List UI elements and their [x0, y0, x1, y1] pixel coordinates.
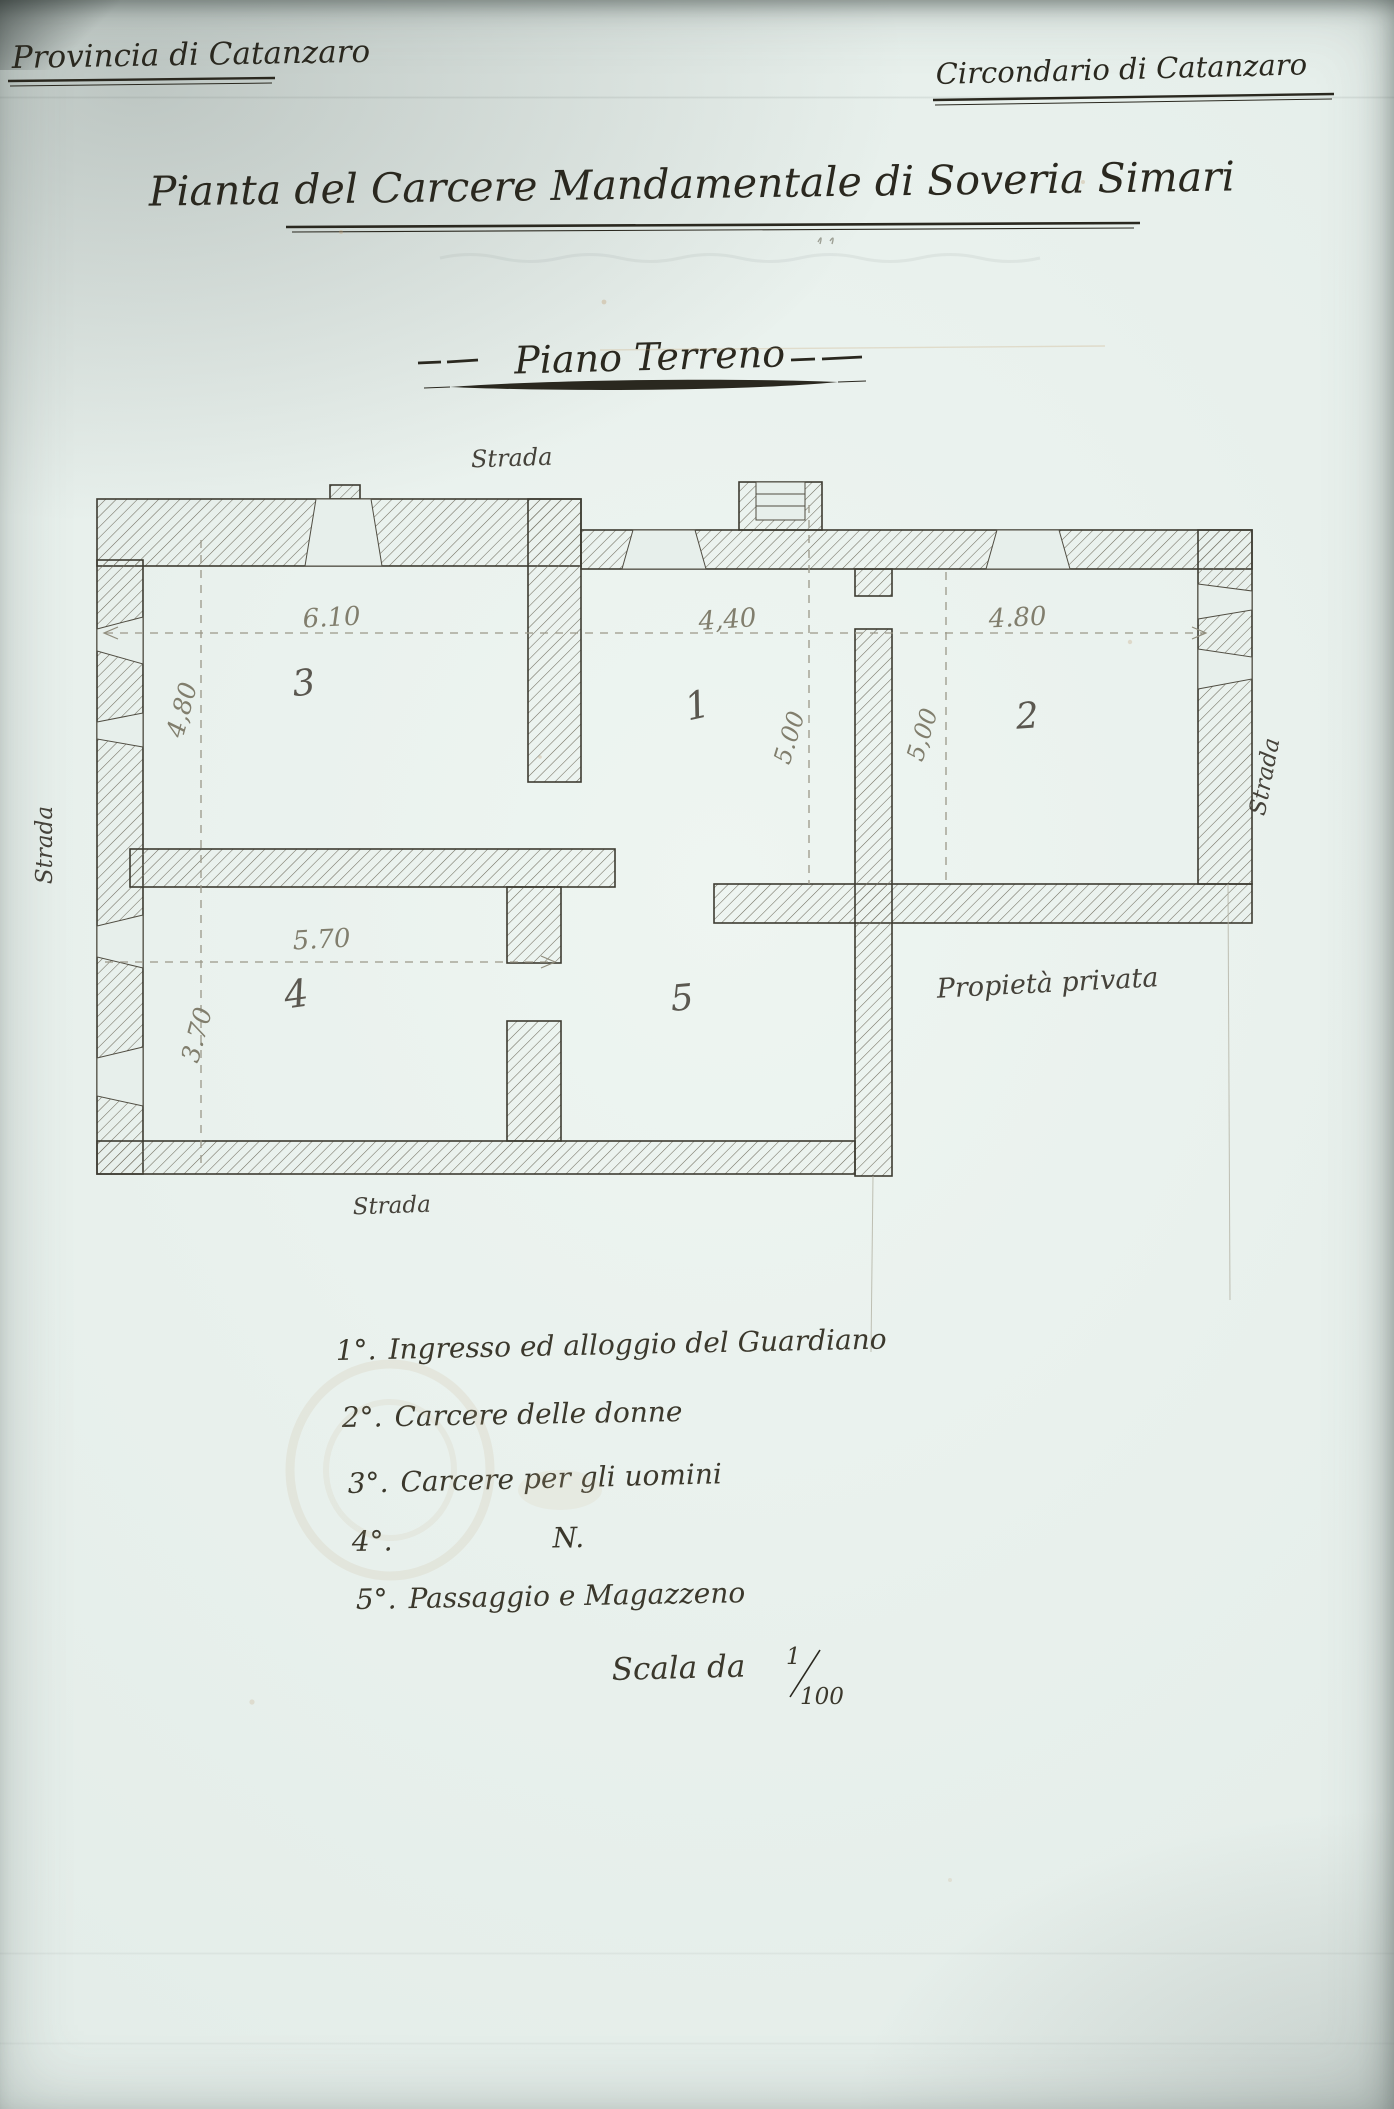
ghost-writing: [440, 255, 1040, 262]
legend-text-5: Passaggio e Magazzeno: [407, 1576, 745, 1615]
wall-room3-room1-divider: [528, 499, 581, 782]
province-label: Provincia di Catanzaro: [11, 34, 371, 76]
dim-room2-depth: 5,00: [901, 705, 943, 764]
district-underline: [933, 94, 1334, 100]
legend: 1°.Ingresso ed alloggio del Guardiano 2°…: [335, 1322, 886, 1710]
opening-room1-north: [622, 530, 706, 569]
dim-room1-width: 4,40: [697, 603, 758, 637]
wall-room3-room4-divider: [130, 849, 615, 887]
foxing-spots: [249, 180, 1132, 1882]
wall-room4-right-lower: [507, 1021, 561, 1141]
property-line-east: [1228, 884, 1230, 1300]
opening-room4-west-2: [97, 1047, 143, 1106]
dimension-lines: [104, 505, 1230, 1352]
legend-text-1: Ingresso ed alloggio del Guardiano: [387, 1322, 887, 1365]
room-number-3: 3: [290, 662, 317, 705]
wall-center-vertical: [855, 629, 892, 1176]
province-underline: [8, 78, 275, 81]
legend-item-1: 1°.Ingresso ed alloggio del Guardiano: [335, 1322, 886, 1367]
wall-right: [1198, 530, 1252, 884]
dim-room3-width: 6.10: [302, 602, 361, 635]
room-number-4: 4: [280, 971, 311, 1018]
dim-room4-depth: 3.70: [176, 1004, 218, 1065]
room-number-1: 1: [681, 681, 714, 729]
district-label: Circondario di Catanzaro: [935, 47, 1307, 91]
dim-room2-width: 4.80: [987, 602, 1047, 635]
plan-walls: [97, 482, 1252, 1176]
wall-bottom: [97, 1141, 855, 1174]
dim-room1-depth: 5.00: [768, 708, 810, 767]
dim-room3-depth: 4,80: [160, 679, 203, 741]
subtitle-swell-rule: [450, 380, 838, 390]
title-underline: [286, 223, 1140, 227]
scale-fraction-numerator: 1: [786, 1644, 801, 1670]
subtitle-block: Piano Terreno: [418, 331, 1105, 390]
street-label-west: Strada: [32, 806, 58, 884]
subtitle-dash-right: [791, 357, 862, 360]
scanned-plan-page: Provincia di Catanzaro Circondario di Ca…: [0, 0, 1394, 2109]
legend-item-5: 5°.Passaggio e Magazzeno: [356, 1576, 746, 1616]
wall-room4-right-upper: [507, 887, 561, 963]
wall-center-stub: [855, 569, 892, 596]
legend-num-5: 5°.: [356, 1582, 397, 1616]
document-scan: Provincia di Catanzaro Circondario di Ca…: [0, 0, 1394, 2109]
dim-room4-width: 5.70: [292, 924, 351, 957]
province-underline-2: [10, 83, 272, 86]
opening-room2-north: [986, 530, 1070, 569]
title-underline-2: [292, 228, 1134, 232]
scale-fraction-denominator: 100: [800, 1684, 844, 1710]
floor-plan: 6.10 4,40 4.80 4,80 5.00 5,00 5.70 3.70 …: [32, 443, 1285, 1352]
street-label-south: Strada: [352, 1192, 431, 1221]
title-block: Pianta del Carcere Mandamentale di Sover…: [147, 152, 1235, 261]
plan-title: Pianta del Carcere Mandamentale di Sover…: [147, 152, 1235, 215]
room-number-5: 5: [669, 977, 695, 1020]
subtitle-dash-left: [418, 360, 478, 363]
street-label-north: Strada: [470, 443, 552, 474]
wall-south-of-room2: [714, 884, 1252, 923]
legend-text-4: N.: [551, 1521, 584, 1555]
floor-title: Piano Terreno: [513, 331, 786, 382]
ink-smudge: [518, 1470, 602, 1510]
door-notch-top: [330, 485, 360, 499]
ink-specks: [818, 238, 833, 244]
legend-num-3: 3°.: [347, 1466, 389, 1500]
room-number-2: 2: [1013, 695, 1040, 738]
header: Provincia di Catanzaro Circondario di Ca…: [8, 34, 1334, 105]
opening-room3-north-door: [305, 499, 382, 566]
chimney-flue: [756, 482, 805, 520]
private-property-label: Propietà privata: [935, 962, 1159, 1005]
scale-label: Scala da: [611, 1649, 746, 1688]
